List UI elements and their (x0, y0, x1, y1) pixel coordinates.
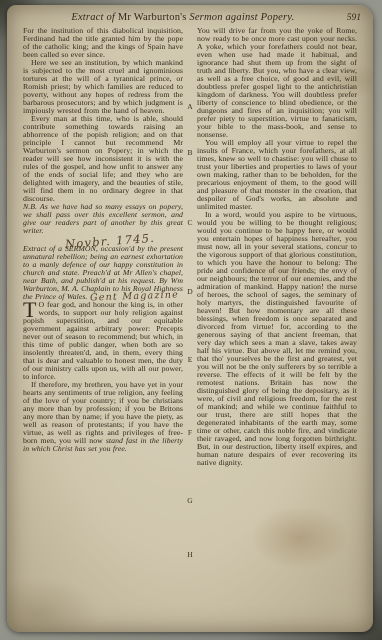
gutter-letter-g: G (183, 496, 197, 505)
gutter-letter-d: D (183, 287, 197, 296)
right-column: You will drive far from you the yoke of … (197, 27, 357, 467)
paragraph-inquisition: For the institution of this diabolical i… (23, 27, 183, 59)
paragraph-opening: T O fear god, and honour the king is, in… (23, 301, 183, 381)
handwritten-source-annotation: Gent Magazine (90, 291, 179, 302)
opening-text: O fear god, and honour the king is, in o… (23, 300, 183, 381)
gutter-letter-c: C (183, 218, 197, 227)
paragraph-brethren: If therefore, my brethren, you have yet … (23, 381, 183, 453)
dropcap-letter: T (23, 301, 39, 317)
gutter-letter-a: A (183, 102, 197, 111)
gutter-letter-h: H (183, 550, 197, 559)
paragraph-yoke: You will drive far from you the yoke of … (197, 27, 357, 139)
gutter-letter-b: B (183, 148, 197, 157)
header-title-name: Mr Warburton's (118, 12, 187, 23)
page-header: Extract of Mr Warburton's Sermon against… (7, 5, 373, 24)
scan-backdrop: Extract of Mr Warburton's Sermon against… (0, 0, 382, 640)
paragraph-in-a-word: In a word, would you aspire to be virtuo… (197, 211, 357, 467)
gutter-letter-e: E (183, 355, 197, 364)
document-page: Extract of Mr Warburton's Sermon against… (7, 5, 373, 632)
header-title-suffix: Sermon against Popery. (189, 12, 294, 23)
paragraph-virtue: You will employ all your virtue to repel… (197, 139, 357, 211)
left-column: For the institution of this diabolical i… (23, 27, 183, 467)
page-number: 591 (343, 13, 361, 23)
two-column-text: For the institution of this diabolical i… (7, 24, 373, 467)
page-header-title: Extract of Mr Warburton's Sermon against… (23, 12, 343, 23)
header-title-prefix: Extract of (71, 12, 118, 23)
paragraph-institution: Here we see an institution, by which man… (23, 59, 183, 115)
sermon-title-paragraph: Extract of a SERMON, occasion'd by the p… (23, 245, 183, 301)
gutter-letter-f: F (183, 428, 197, 437)
paragraph-every-man: Every man at this time, who is able, sho… (23, 115, 183, 203)
nb-note: N.B. As we have had so many essays on po… (23, 203, 183, 235)
